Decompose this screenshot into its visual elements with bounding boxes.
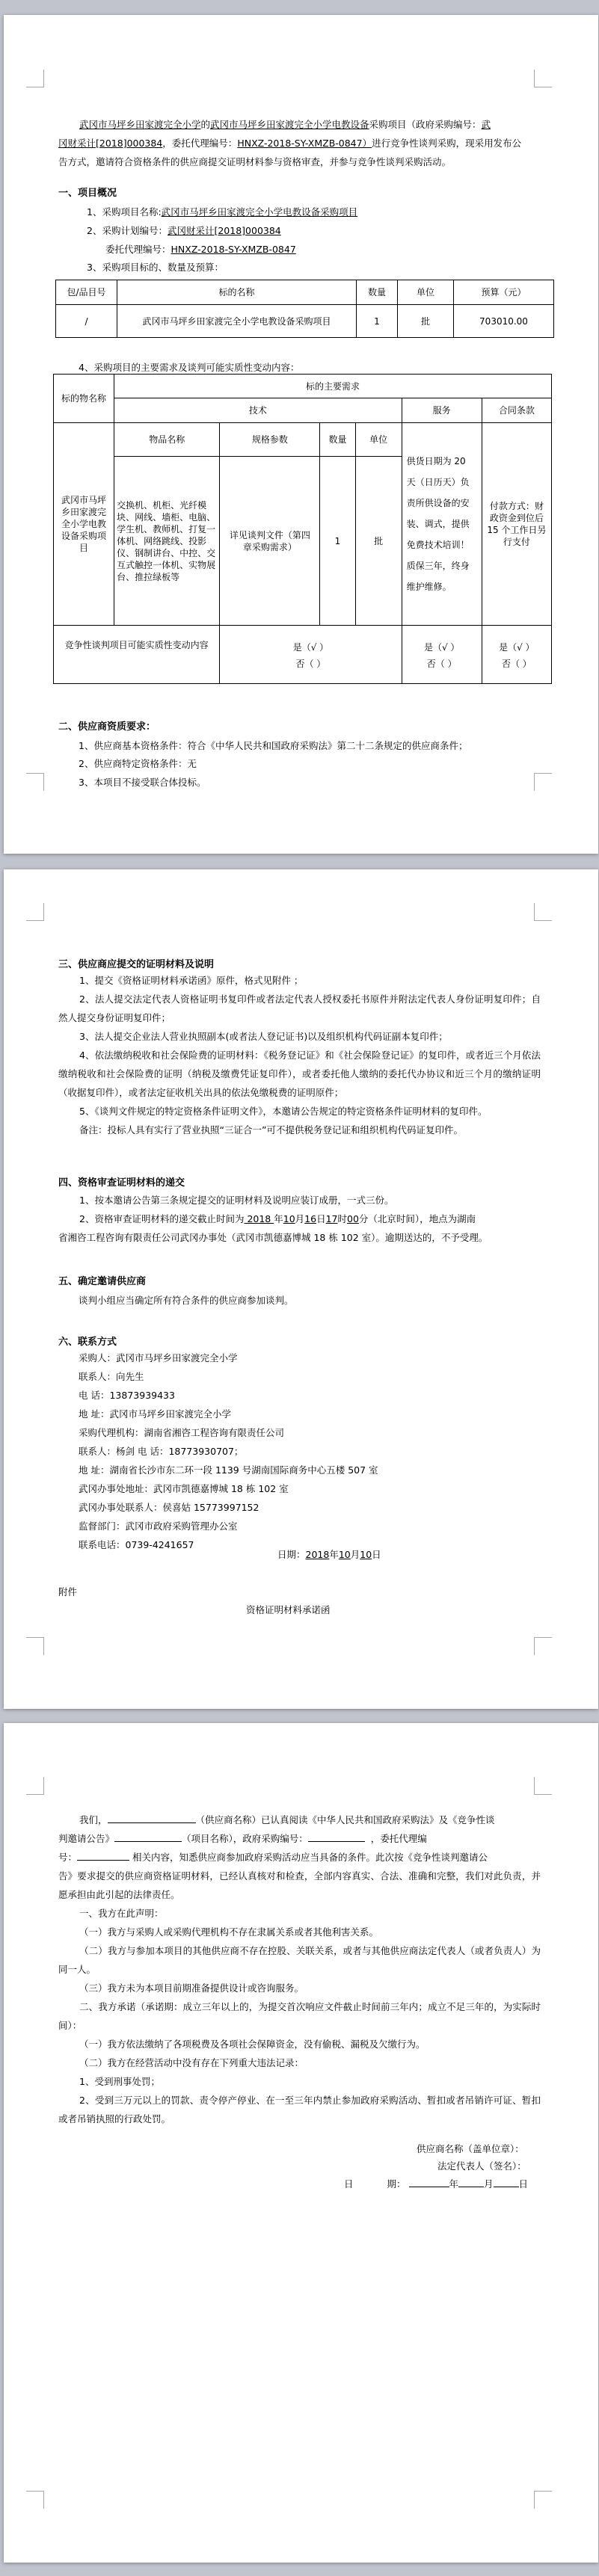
agent-number-row: 委托代理编号：HNXZ-2018-SY-XMZB-0847 (105, 244, 296, 256)
section-2-title: 二、供应商资质要求： (58, 721, 156, 733)
section-3-title: 三、供应商应提交的证明材料及说明 (58, 959, 214, 971)
gov-number-blank (308, 1831, 365, 1842)
project-name-row: 1、采购项目名称:武冈市马坪乡田家渡完全小学电教设备采购项目 (87, 206, 357, 218)
margin-corner (534, 1777, 552, 1795)
attachment-label: 附件 (58, 1586, 77, 1598)
margin-corner (534, 903, 552, 921)
margin-corner (534, 70, 552, 87)
requirements-label: 4、采购项目的主要需求及谈判可能实质性变动内容： (79, 362, 299, 374)
section-6-title: 六、联系方式 (58, 1337, 117, 1349)
plan-number-row: 2、采购计划编号：武冈财采计[2018]000384 (87, 225, 281, 237)
day-blank (494, 2177, 519, 2187)
intro-paragraph: 武冈市马坪乡田家渡完全小学的武冈市马坪乡田家渡完全小学电教设备采购项目（政府采购… (58, 115, 541, 171)
section-1-title: 一、项目概况 (58, 188, 117, 200)
list-item: 2、供应商特定资格条件：无 (79, 758, 197, 770)
year-blank (409, 2177, 449, 2187)
margin-corner (26, 2491, 44, 2509)
margin-corner (534, 773, 552, 791)
sign-supplier-label: 供应商名称（盖单位章）： (417, 2143, 524, 2155)
notice-date: 日期：2018年10月10日 (277, 1549, 381, 1561)
margin-corner (534, 1637, 552, 1655)
page-2: 三、供应商应提交的证明材料及说明 1、提交《资格证明材料承诺函》原件，格式见附件… (4, 869, 598, 1709)
section-5-body: 谈判小组应当确定所有符合条件的供应商参加谈判。 (79, 1295, 294, 1307)
month-blank (458, 2177, 484, 2187)
margin-corner (26, 773, 44, 791)
page-1: 武冈市马坪乡田家渡完全小学的武冈市马坪乡田家渡完全小学电教设备采购项目（政府采购… (4, 15, 598, 854)
agent-number-blank (77, 1850, 129, 1861)
margin-corner (26, 903, 44, 921)
requirements-table: 标的物名称 标的主要需求 技术 服务 合同条款 武冈市马坪乡田家渡完全小学电教设… (53, 374, 552, 684)
budget-table: 包/品目号 标的名称 数量 单位 预算（元） / 武冈市马坪乡田家渡完全小学电教… (55, 280, 554, 338)
pledge-paragraph: 我们，（供应商名称）已认真阅读《中华人民共和国政府采购法》及《竞争性谈 判邀请公… (58, 1811, 541, 2128)
section-5-title: 五、确定邀请供应商 (58, 1276, 146, 1288)
budget-label: 3、采购项目标的、数量及预算： (87, 262, 224, 274)
supplier-name-blank (108, 1813, 196, 1823)
attachment-title: 资格证明材料承诺函 (246, 1604, 331, 1616)
contact-list: 采购人：武冈市马坪乡田家渡完全小学 联系人：向先生 电 话：1387393943… (79, 1349, 527, 1554)
project-name-blank (114, 1831, 182, 1842)
sign-date-row: 日期： 年月日 (344, 2177, 528, 2190)
margin-corner (26, 1777, 44, 1795)
margin-corner (534, 2491, 552, 2509)
page-3: 我们，（供应商名称）已认真阅读《中华人民共和国政府采购法》及《竞争性谈 判邀请公… (4, 1723, 598, 2563)
change-row: 竞争性谈判项目可能实质性变动内容 是（√ ）否（ ） 是（√ ）否（ ） 是（√… (54, 626, 552, 684)
margin-corner (26, 70, 44, 87)
margin-corner (26, 1637, 44, 1655)
table-row: / 武冈市马坪乡田家渡完全小学电教设备采购项目 1 批 703010.00 (56, 305, 554, 338)
list-item: 1、供应商基本资格条件：符合《中华人民共和国政府采购法》第二十二条规定的供应商条… (79, 740, 467, 752)
list-item: 3、本项目不接受联合体投标。 (79, 777, 206, 789)
sign-legal-label: 法定代表人（签名）： (437, 2160, 526, 2172)
section-4-body: 1、按本邀请公告第三条规定提交的证明材料及说明应装订成册，一式三份。 2、资格审… (58, 1191, 541, 1247)
section-4-title: 四、资格审查证明材料的递交 (58, 1177, 185, 1189)
section-3-body: 1、提交《资格证明材料承诺函》原件，格式见附件 ； 2、法人提交法定代表人资格证… (58, 971, 541, 1139)
